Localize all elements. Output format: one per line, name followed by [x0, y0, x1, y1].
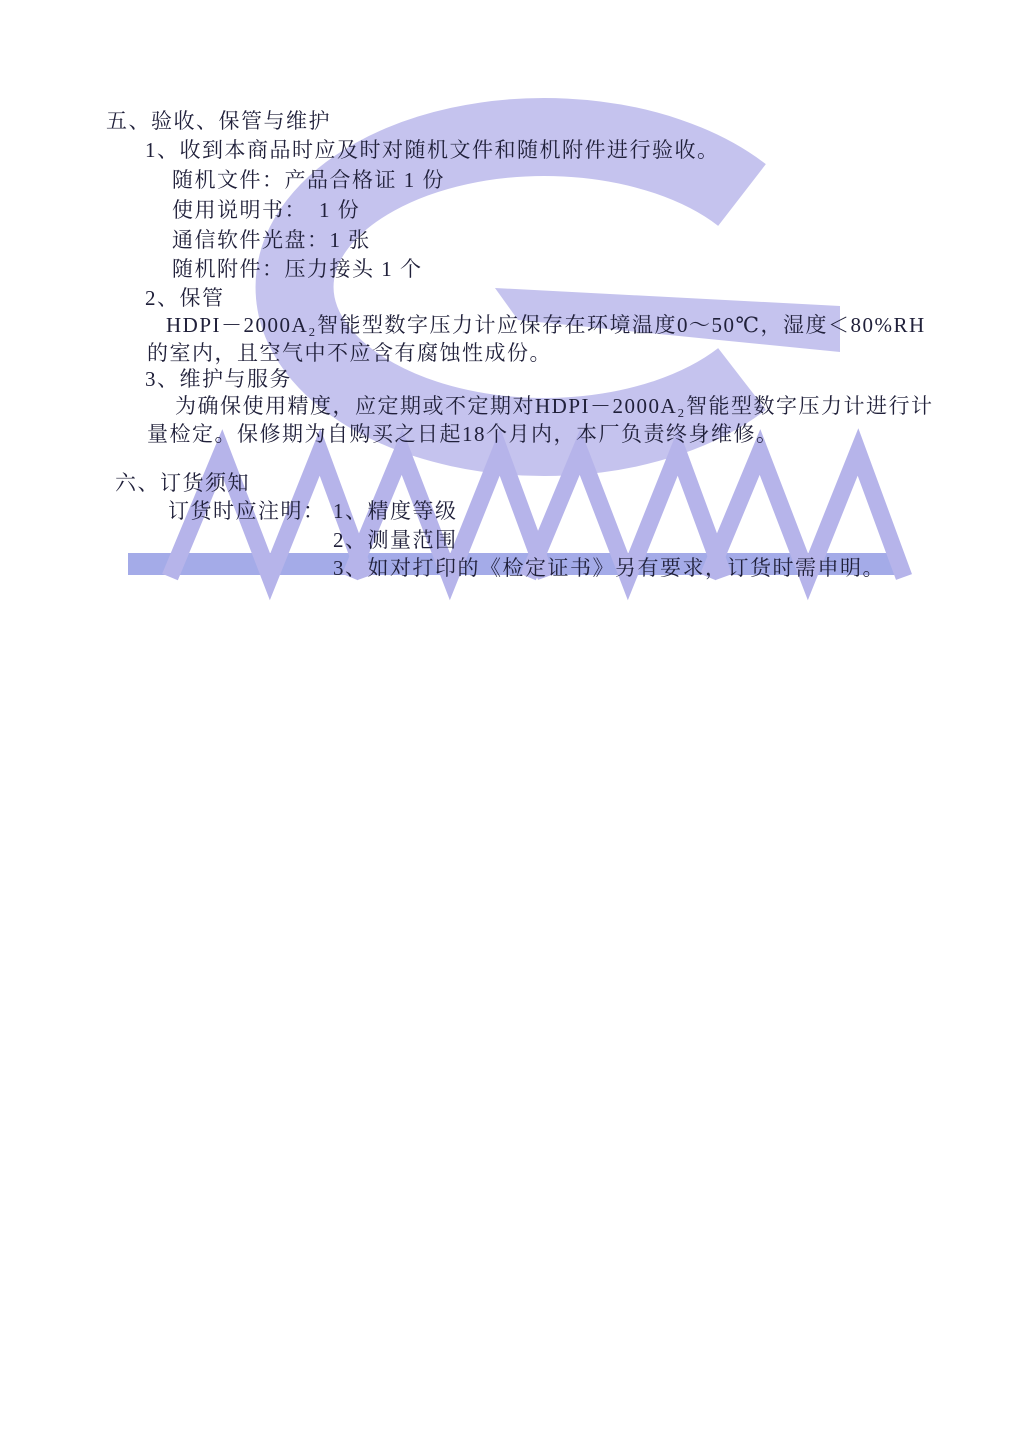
section5-storage-line-1: HDPI－2000A₂智能型数字压力计应保存在环境温度0～50℃，湿度＜80%R…	[166, 313, 926, 337]
section5-accessory-line: 随机附件：压力接头 1 个	[172, 257, 423, 281]
section5-service-line-1: 为确保使用精度，应定期或不定期对HDPI－2000A₂智能型数字压力计进行计	[175, 394, 934, 418]
section5-manual-line: 使用说明书： 1 份	[172, 198, 360, 222]
section5-file-line: 随机文件：产品合格证 1 份	[172, 168, 445, 192]
section5-heading: 五、验收、保管与维护	[106, 109, 331, 133]
section5-service-line-2: 量检定。保修期为自购买之日起18个月内，本厂负责终身维修。	[147, 422, 779, 446]
section6-note-2: 2、测量范围	[333, 528, 458, 552]
document-text: 五、验收、保管与维护 1、收到本商品时应及时对随机文件和随机附件进行验收。 随机…	[0, 0, 1024, 1448]
section6-heading: 六、订货须知	[115, 471, 250, 495]
section5-cd-line: 通信软件光盘：1 张	[172, 228, 371, 252]
section6-note-3: 3、如对打印的《检定证书》另有要求，订货时需申明。	[333, 556, 885, 580]
section5-storage-line-2: 的室内，且空气中不应含有腐蚀性成份。	[147, 341, 552, 365]
section5-item-1: 1、收到本商品时应及时对随机文件和随机附件进行验收。	[145, 138, 720, 162]
document-page: 五、验收、保管与维护 1、收到本商品时应及时对随机文件和随机附件进行验收。 随机…	[0, 0, 1024, 1448]
section5-item-3: 3、维护与服务	[145, 367, 292, 391]
section6-note-1: 1、精度等级	[333, 499, 458, 523]
section5-item-2: 2、保管	[145, 286, 225, 310]
section6-note-label: 订货时应注明：	[168, 499, 326, 523]
